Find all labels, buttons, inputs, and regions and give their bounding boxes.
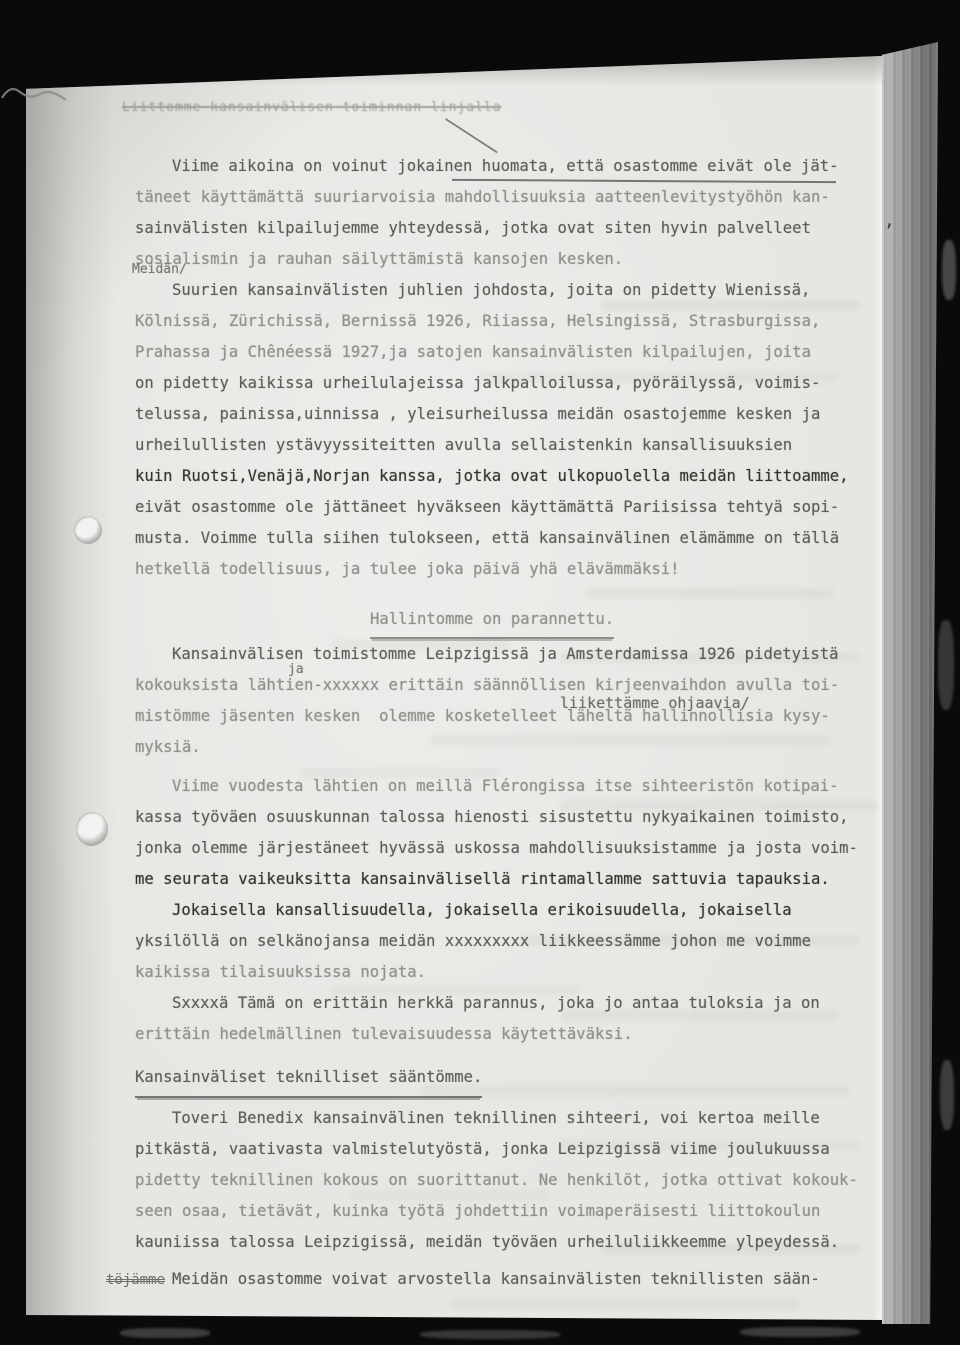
typewritten-line: sosialismin ja rauhan säilyttämistä kans… xyxy=(135,244,883,275)
typewritten-line: pitkästä, vaativasta valmistelutyöstä, j… xyxy=(135,1134,883,1165)
margin-comma-mark: , xyxy=(884,210,895,231)
typewritten-line: jonka olemme järjestäneet hyvässä uskoss… xyxy=(135,833,883,864)
section-heading-hallinto: Hallintomme on parannettu. xyxy=(370,604,614,639)
typewritten-line: myksiä. xyxy=(135,732,883,763)
typewritten-line: kaikissa tilaisuuksissa nojata. xyxy=(135,957,883,988)
typewritten-line: Sxxxxä Tämä on erittäin herkkä parannus,… xyxy=(135,988,883,1019)
typewritten-line: seen osaa, tietävät, kuinka työtä johdet… xyxy=(135,1196,883,1227)
typewritten-line: kauniissa talossa Leipzigissä, meidän ty… xyxy=(135,1227,883,1258)
scan-noise xyxy=(420,1330,560,1339)
typewritten-body: Viime aikoina on voinut jokainen huomata… xyxy=(135,151,883,1295)
typewritten-line: täneet käyttämättä suuriarvoisia mahdoll… xyxy=(135,182,883,213)
scan-noise xyxy=(940,1060,954,1130)
typewritten-line: Kansainvälisen toimistomme Leipzigissä j… xyxy=(135,639,883,670)
scan-noise xyxy=(938,620,954,710)
typewritten-line: eivät osastomme ole jättäneet hyväkseen … xyxy=(135,492,883,523)
typewritten-line: Jokaisella kansallisuudella, jokaisella … xyxy=(135,895,883,926)
typewritten-line: hetkellä todellisuus, ja tulee joka päiv… xyxy=(135,554,883,585)
typewritten-line: Meidän osastomme voivat arvostella kansa… xyxy=(135,1264,883,1295)
typewritten-line: telussa, painissa,uinnissa , yleisurheil… xyxy=(135,399,883,430)
typewritten-line: sainvälisten kilpailujemme yhteydessä, j… xyxy=(135,213,883,244)
typewritten-line: yksilöllä on selkänojansa meidän xxxxxxx… xyxy=(135,926,883,957)
typewritten-line: urheilullisten ystävyyssiteitten avulla … xyxy=(135,430,883,461)
struck-out-header: Liittomme kansainvälisen toiminnan linja… xyxy=(122,100,482,115)
scan-noise xyxy=(120,1328,210,1338)
scan-noise xyxy=(740,1327,860,1337)
typewritten-line: Kölnissä, Zürichissä, Bernissä 1926, Rii… xyxy=(135,306,883,337)
section-heading-saannot: Kansainväliset teknilliset sääntömme. xyxy=(135,1062,482,1098)
typewritten-line: kuin Ruotsi,Venäjä,Norjan kanssa, jotka … xyxy=(135,461,883,492)
punch-hole xyxy=(74,516,102,544)
typewritten-line: Prahassa ja Chênéessä 1927,ja satojen ka… xyxy=(135,337,883,368)
typewritten-line: Viime vuodesta lähtien on meillä Flérong… xyxy=(135,771,883,802)
typed-insertion-liikettamme: liikettämme ohjaavia/ xyxy=(560,694,750,712)
typewritten-line: erittäin hedelmällinen tulevaisuudessa k… xyxy=(135,1019,883,1050)
typewritten-line: me seurata vaikeuksitta kansainvälisellä… xyxy=(135,864,883,895)
typewritten-line: pidetty teknillinen kokous on suorittanu… xyxy=(135,1165,883,1196)
punch-hole xyxy=(76,812,108,846)
bleed-through-mark xyxy=(450,1298,800,1310)
typed-insertion-meidan: Meidän/ xyxy=(132,262,187,277)
typewritten-line: musta. Voimme tulla siihen tulokseen, et… xyxy=(135,523,883,554)
scan-noise xyxy=(942,240,956,300)
page-curl-mark xyxy=(0,80,70,106)
typewritten-line: Suurien kansainvälisten juhlien johdosta… xyxy=(135,275,883,306)
book-page-stack-edge xyxy=(882,42,938,1324)
typewritten-line: on pidetty kaikissa urheilulajeissa jalk… xyxy=(135,368,883,399)
typewritten-line: mistömme jäsenten kesken olemme kosketel… xyxy=(135,701,883,732)
struck-out-word: töjämme xyxy=(106,1272,165,1288)
typewritten-line: Viime aikoina on voinut jokainen huomata… xyxy=(135,151,883,182)
typewritten-line: kokouksista lähtien-xxxxxx erittäin sään… xyxy=(135,670,883,701)
typed-insertion-ja: ja xyxy=(288,662,304,677)
scanned-document-page: Liittomme kansainvälisen toiminnan linja… xyxy=(0,0,960,1345)
typewritten-line: kassa työväen osuuskunnan talossa hienos… xyxy=(135,802,883,833)
typewritten-line: Toveri Benedix kansainvälinen teknilline… xyxy=(135,1103,883,1134)
